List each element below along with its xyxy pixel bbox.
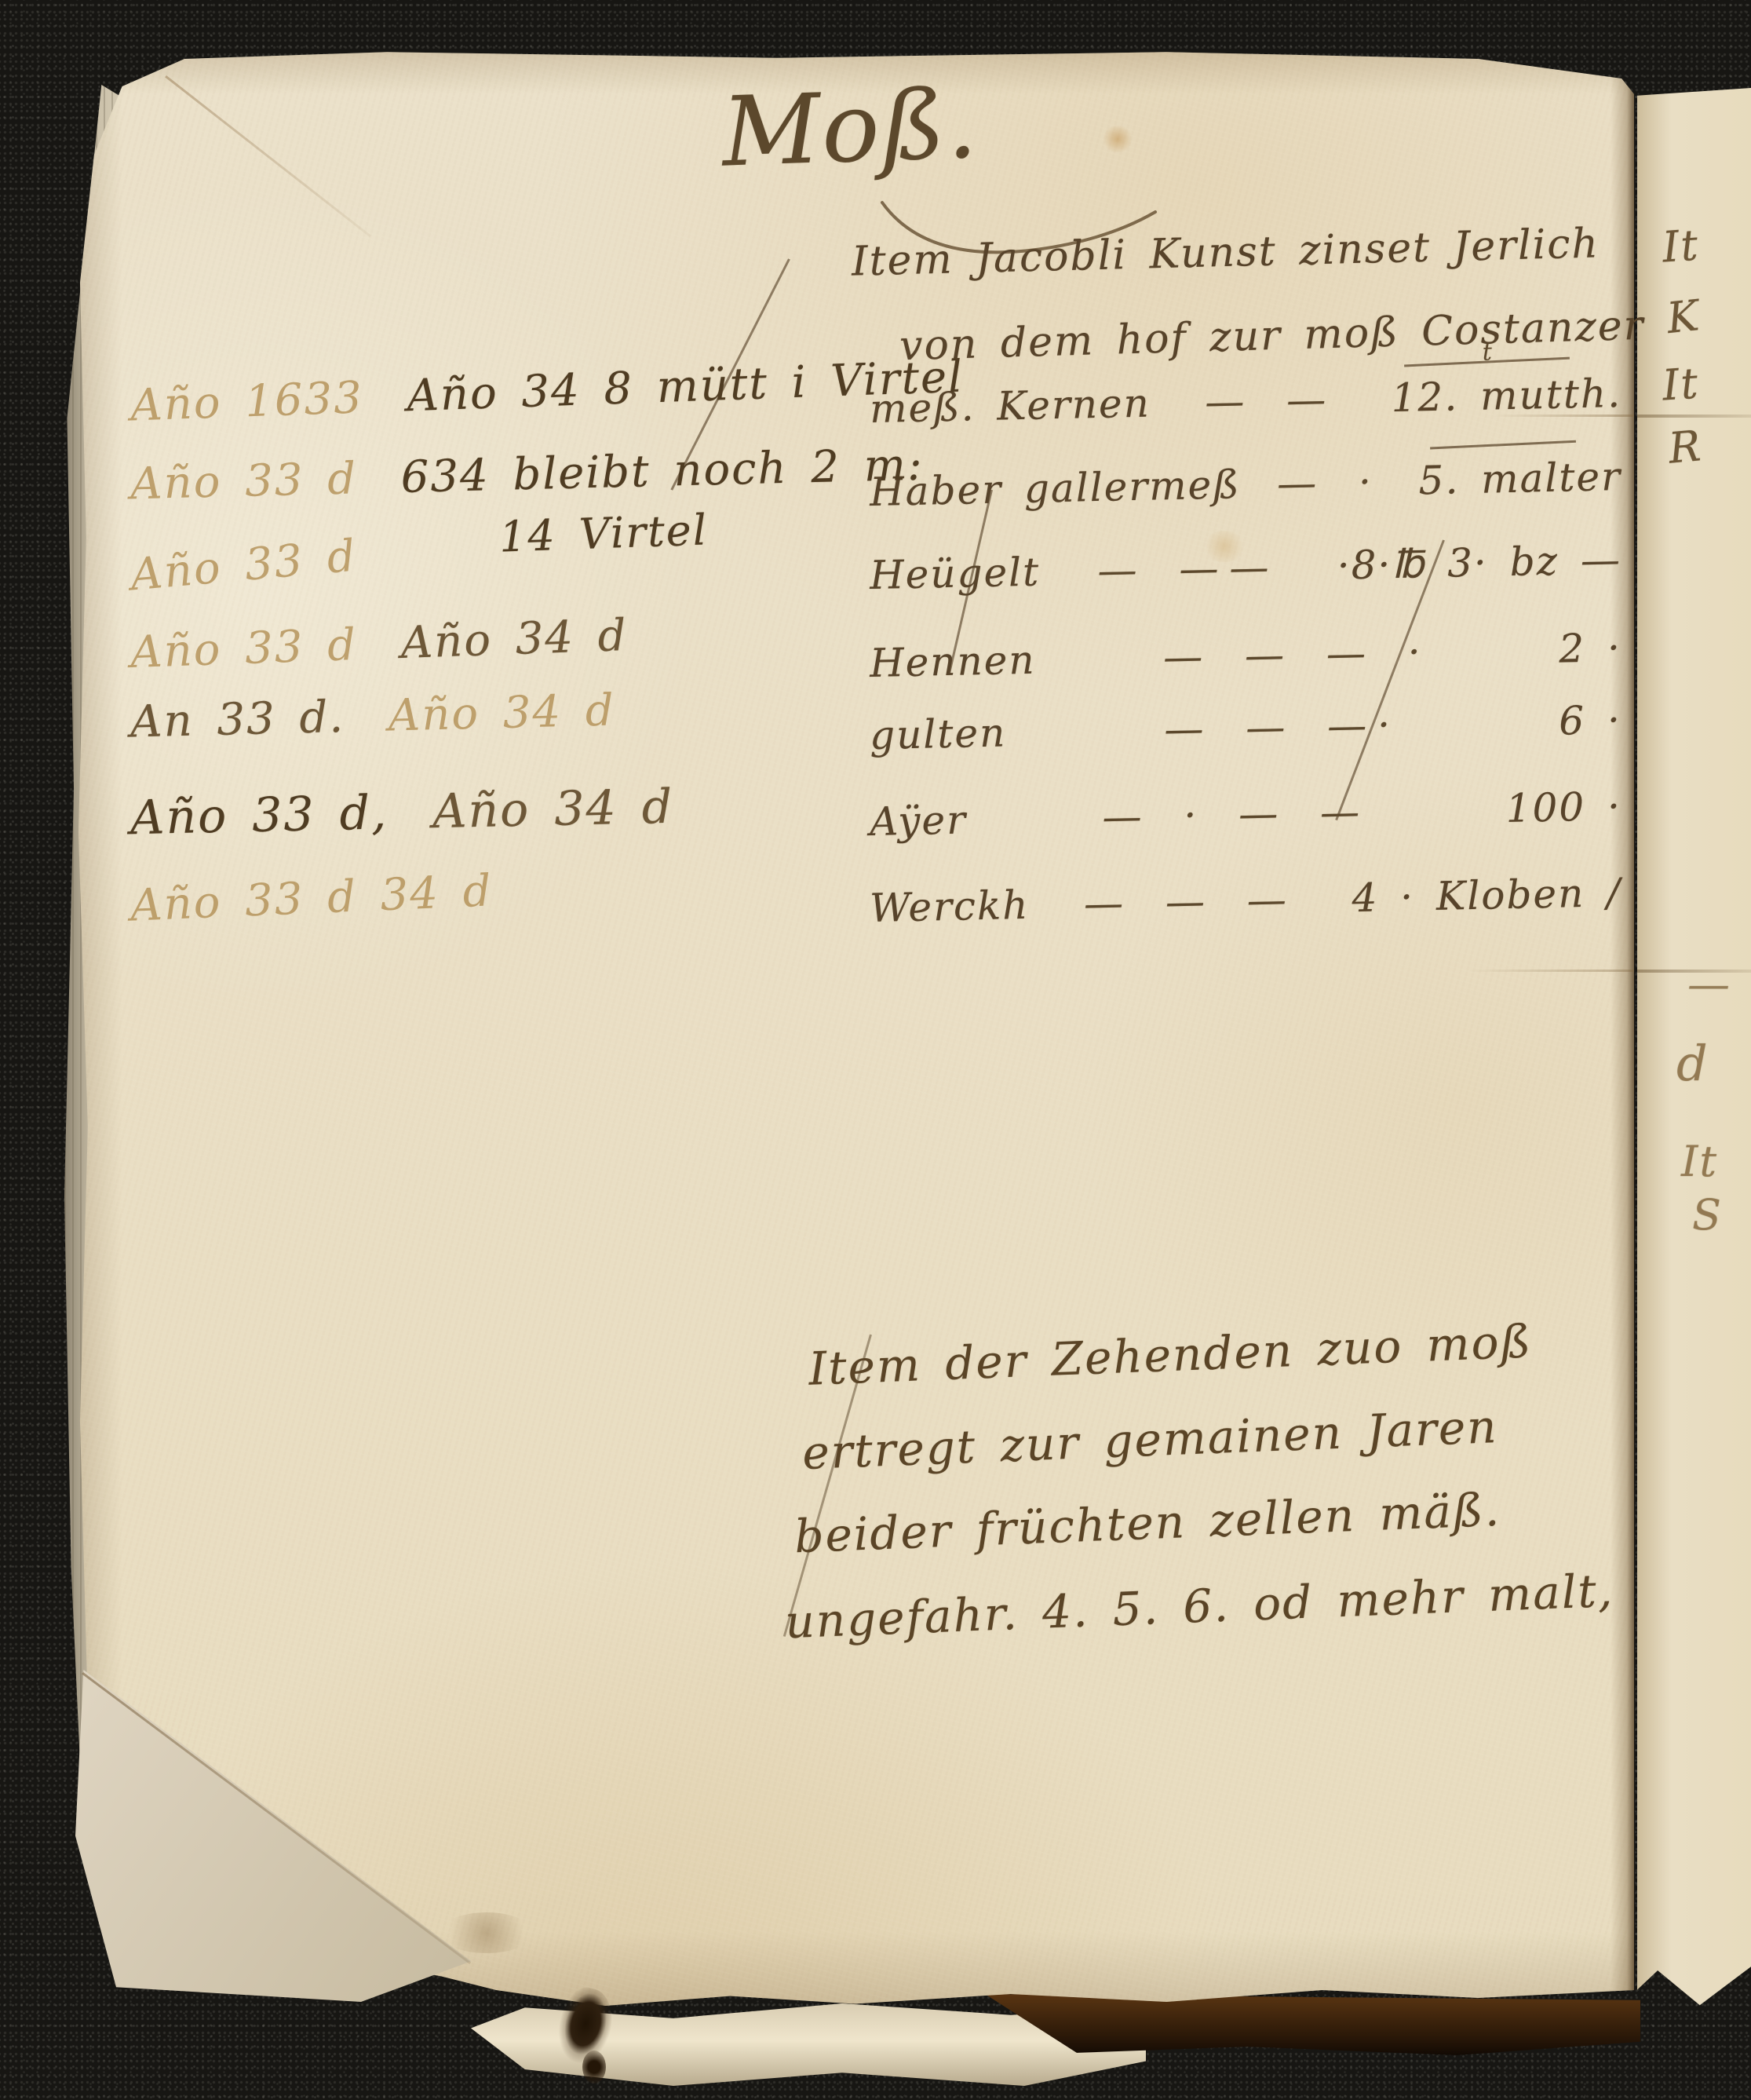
dues-value: 5. malter (1418, 454, 1622, 503)
dues-label: Werckh (869, 882, 1029, 931)
facing-fragment: It (1681, 1137, 1718, 1186)
dues-separator: — — (1150, 375, 1392, 425)
margin-note-part: Año 33 d, (130, 785, 388, 845)
dues-value: 4 · Kloben / (1352, 870, 1622, 921)
facing-fragment: It (1661, 358, 1701, 410)
dues-separator: — —— (1040, 543, 1338, 595)
margin-note: Año 33 d, Año 34 d (130, 780, 673, 845)
margin-note-part: Año 33 d (130, 453, 357, 509)
dues-value: 6 · (1559, 697, 1622, 744)
margin-note-part: Año 34 d (400, 610, 629, 669)
dues-label: Hennen (869, 637, 1036, 686)
bottom-edge-shadow (985, 1994, 1640, 2055)
ink-stain (582, 2051, 606, 2084)
facing-fragment: It (1661, 220, 1701, 272)
margin-note-part: An 33 d. (130, 692, 345, 748)
dues-value: 2 · (1559, 625, 1622, 672)
facing-fragment: K (1665, 290, 1703, 343)
margin-note-subline: 14 Virtel (498, 505, 709, 561)
dues-separator: — · (1240, 458, 1419, 507)
margin-note-part: Año 34 d (388, 685, 615, 741)
dues-label: gulten (869, 710, 1006, 758)
dues-separator: — — — (1029, 875, 1352, 928)
facing-fragment: d (1676, 1035, 1709, 1092)
abbreviation-mark: t (1482, 338, 1494, 366)
facing-fragment: — (1687, 959, 1731, 1009)
paper-stain (1102, 126, 1133, 152)
margin-note-part: Año 34 d (432, 780, 673, 839)
page-header-title: Moß. (720, 68, 980, 188)
margin-note-part: Año 1633 (130, 372, 364, 431)
dues-label: Haber gallermeß (869, 462, 1241, 515)
dues-value: 12. mutth.t (1391, 371, 1621, 421)
margin-note-part: Año 33 d (130, 619, 358, 678)
dues-value: ·8·℔ 3· bz — (1337, 537, 1621, 589)
dues-label: Aÿer (869, 797, 967, 845)
paper-stain (440, 1912, 534, 1953)
facing-fragment: R (1666, 421, 1704, 473)
crease-line (1637, 415, 1751, 418)
manuscript-photo: { "manuscript": { "header": { "title": "… (0, 0, 1751, 2100)
dues-value: 100 · (1505, 783, 1621, 831)
dues-label: Heügelt (869, 549, 1040, 598)
crease-line (1468, 970, 1634, 972)
facing-fragment: S (1692, 1190, 1723, 1240)
